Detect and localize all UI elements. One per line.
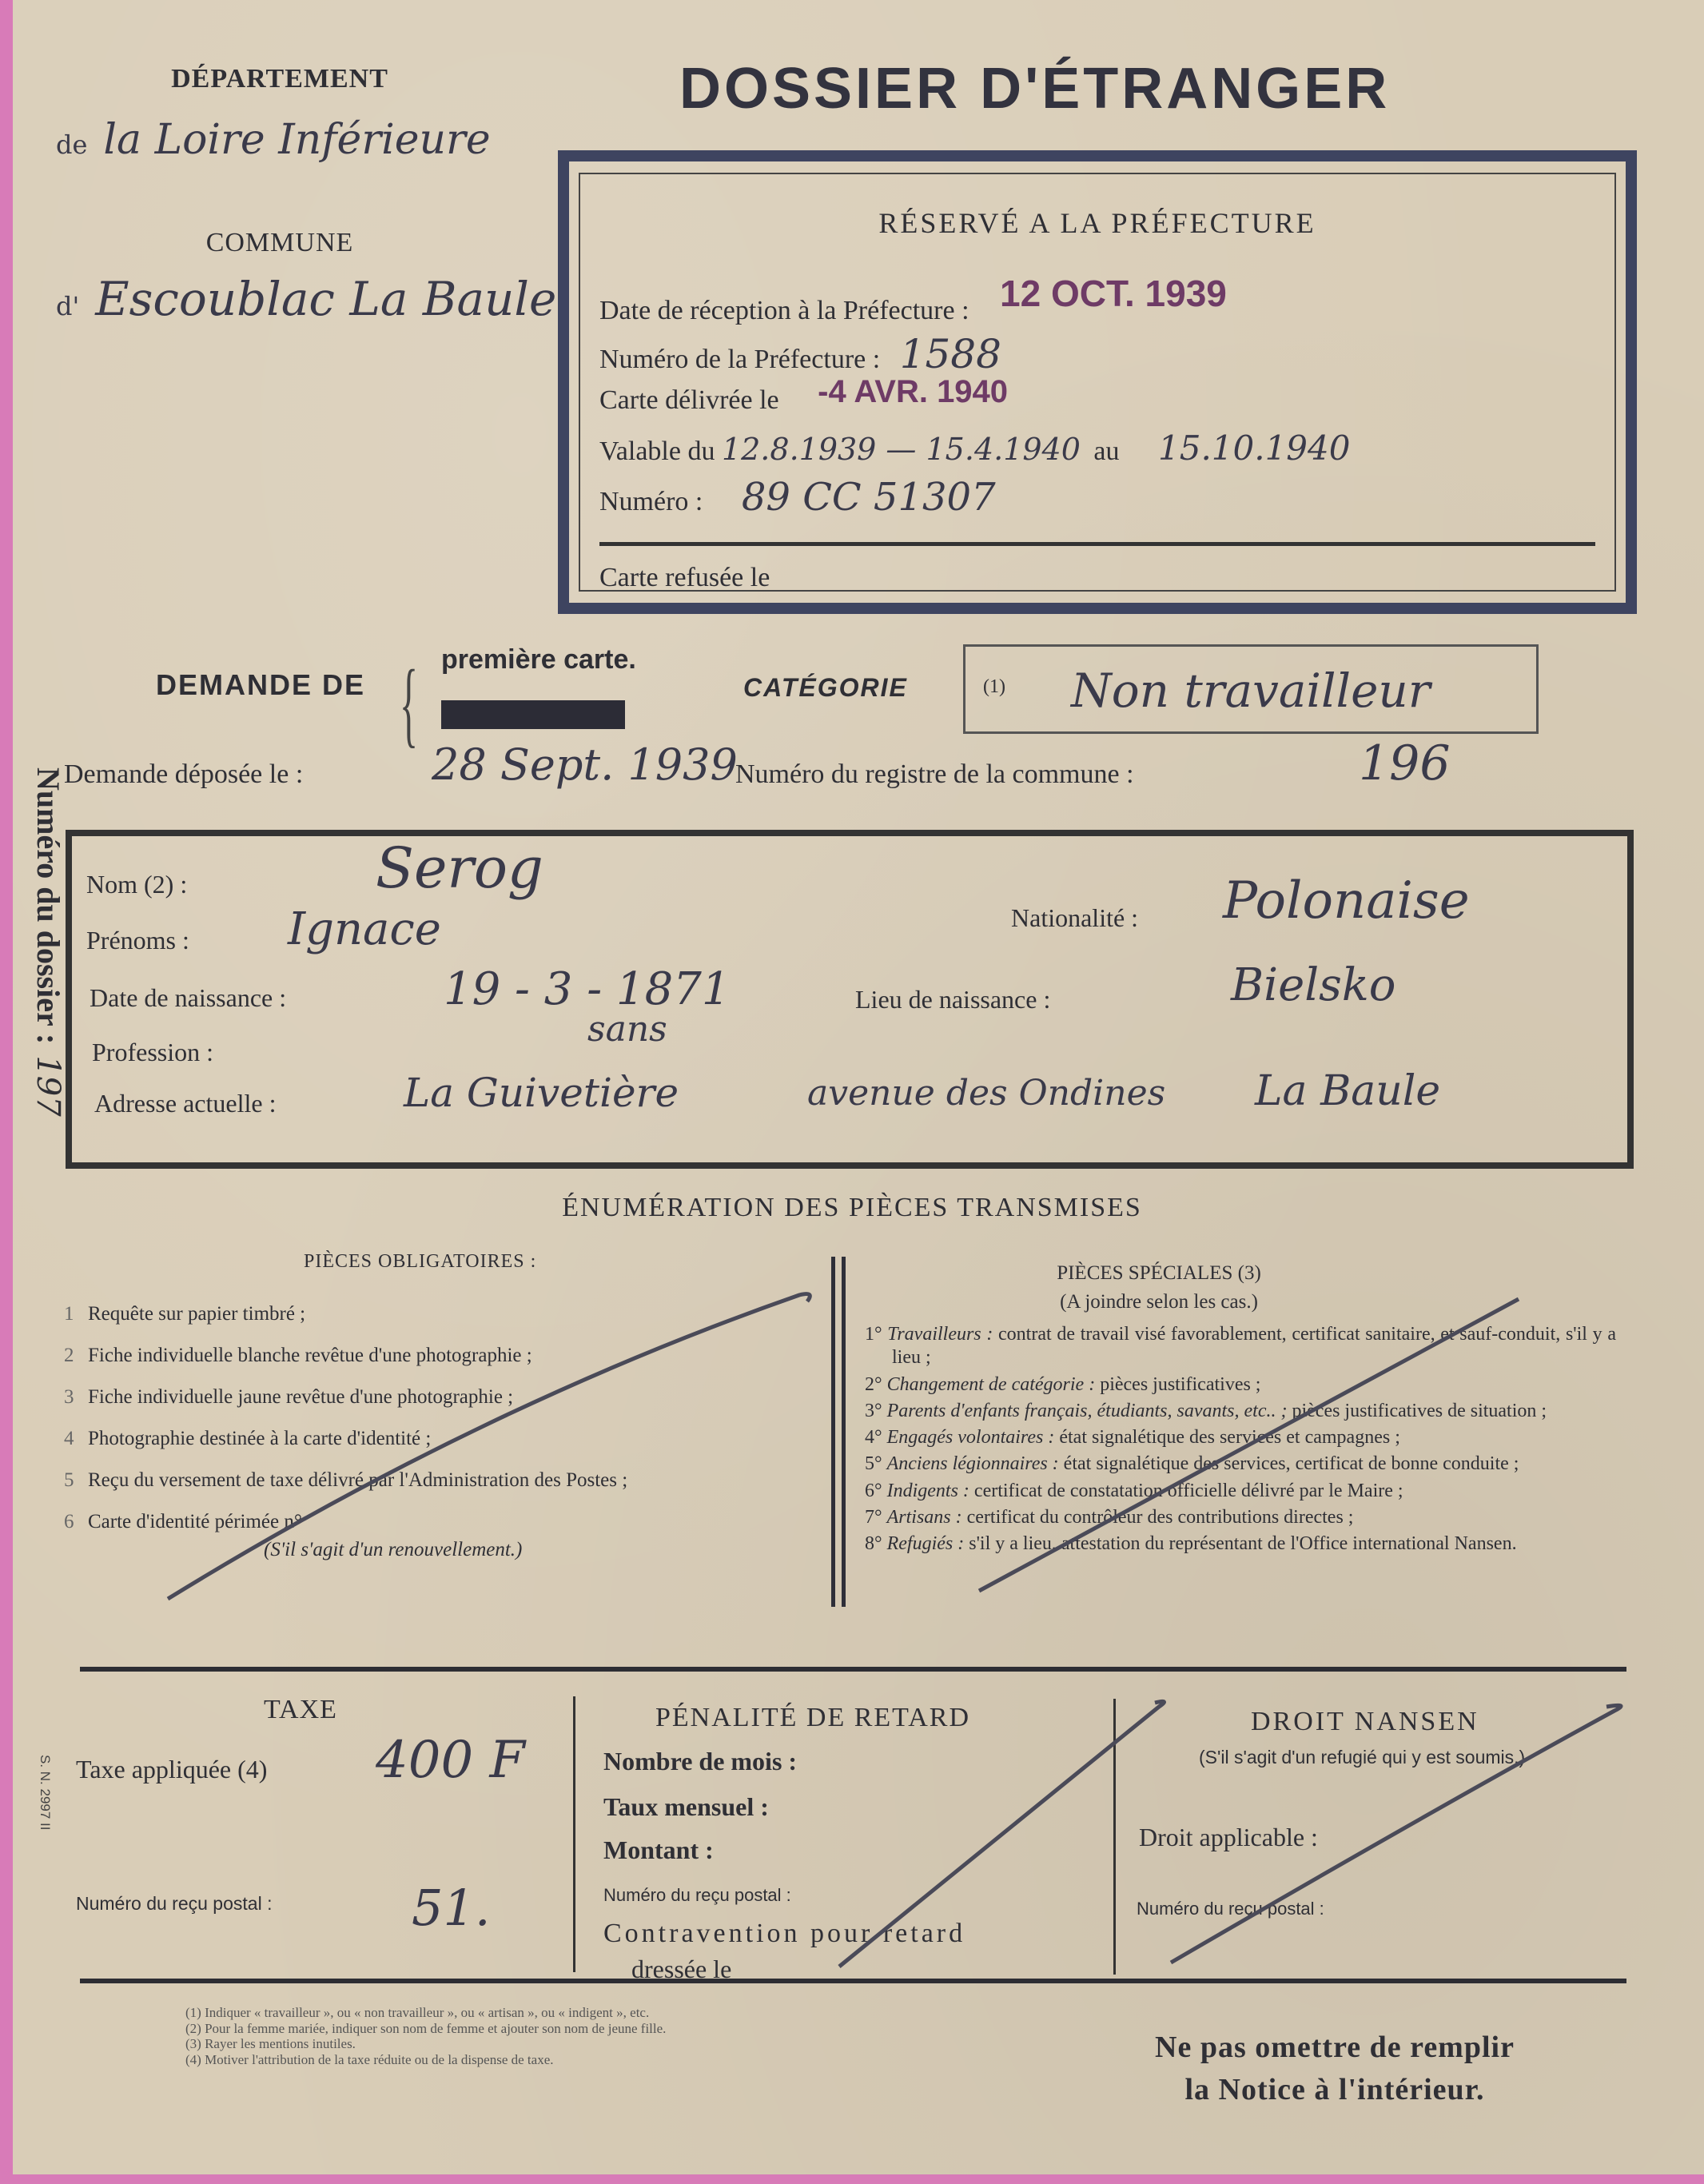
valable-from: 12.8.1939 — 15.4.1940: [722, 432, 1081, 467]
item-text: certificat de constatation officielle dé…: [974, 1481, 1403, 1501]
penalite-contravention-label: Contravention pour retard: [603, 1919, 965, 1949]
item-number: 8°: [865, 1533, 887, 1554]
item-text: certificat du contrôleur des contributio…: [967, 1507, 1354, 1528]
nansen-droit-label: Droit applicable :: [1139, 1823, 1318, 1852]
item-text: pièces justificatives ;: [1100, 1374, 1260, 1395]
speciales-list: 1° Travailleurs : contrat de travail vis…: [865, 1323, 1616, 1559]
divider: [573, 1696, 575, 1972]
item-text: Carte d'identité périmée n°: [88, 1511, 302, 1532]
commune-field: d'Escoublac La Baule: [56, 272, 556, 326]
nom-label: Nom (2) :: [86, 870, 187, 899]
divider: [599, 542, 1595, 546]
notice-line-1: Ne pas omettre de remplir: [1031, 2027, 1638, 2069]
prefecture-number-row: Numéro de la Préfecture : 1588: [599, 331, 1001, 377]
prefecture-title: RÉSERVÉ A LA PRÉFECTURE: [580, 206, 1614, 240]
carte-delivree-row: Carte délivrée le -4 AVR. 1940: [599, 381, 1008, 416]
obligatoire-item: 6Carte d'identité périmée n°: [64, 1511, 302, 1533]
footnote: (1) Indiquer « travailleur », ou « non t…: [185, 2005, 666, 2021]
item-text: état signalétique des services, certific…: [1064, 1453, 1519, 1474]
registre-value: 196: [1359, 735, 1451, 791]
notice-line-2: la Notice à l'intérieur.: [1031, 2069, 1638, 2111]
item-number: 5: [64, 1469, 88, 1492]
footnote: (2) Pour la femme mariée, indiquer son n…: [185, 2021, 666, 2037]
registre-label: Numéro du registre de la commune :: [735, 759, 1134, 790]
adresse-value-2: avenue des Ondines: [807, 1073, 1165, 1114]
item-number: 1: [64, 1303, 88, 1325]
taxe-recu-value: 51.: [412, 1879, 491, 1937]
obligatoire-item: 4Photographie destinée à la carte d'iden…: [64, 1428, 431, 1450]
penalite-title: PÉNALITÉ DE RETARD: [655, 1703, 970, 1733]
naissance-value: 19 - 3 - 1871: [444, 963, 730, 1015]
nansen-subtitle: (S'il s'agit d'un refugié qui y est soum…: [1199, 1747, 1525, 1768]
taxe-title: TAXE: [264, 1695, 337, 1725]
column-divider: [831, 1257, 846, 1607]
footnote: (3) Rayer les mentions inutiles.: [185, 2036, 666, 2052]
carte-delivree-stamp: -4 AVR. 1940: [818, 374, 1008, 409]
reception-date-stamp: 12 OCT. 1939: [1000, 273, 1227, 314]
item-number: 3: [64, 1386, 88, 1409]
prefecture-number-label: Numéro de la Préfecture :: [599, 345, 880, 374]
speciale-item: 4° Engagés volontaires : état signalétiq…: [865, 1426, 1616, 1449]
item-heading: Artisans :: [887, 1507, 967, 1528]
item-text: Fiche individuelle jaune revêtue d'une p…: [88, 1386, 513, 1408]
obligatoires-title: PIÈCES OBLIGATOIRES :: [304, 1251, 536, 1273]
demande-option-premiere: première carte.: [441, 644, 636, 676]
deposee-label: Demande déposée le :: [64, 759, 303, 790]
departement-prefix: de: [56, 130, 87, 160]
obligatoire-item: 1Requête sur papier timbré ;: [64, 1303, 305, 1325]
obligatoire-item: 2Fiche individuelle blanche revêtue d'un…: [64, 1345, 532, 1367]
lieu-value: Bielsko: [1231, 959, 1396, 1011]
valable-to: 15.10.1940: [1158, 428, 1350, 468]
item-text: Photographie destinée à la carte d'ident…: [88, 1428, 431, 1449]
taxe-recu-label: Numéro du reçu postal :: [76, 1893, 272, 1915]
carte-numero-label: Numéro :: [599, 487, 703, 516]
profession-label: Profession :: [92, 1038, 213, 1067]
item-number: 2°: [865, 1374, 887, 1395]
brace: {: [400, 656, 418, 751]
item-number: 1°: [865, 1324, 887, 1345]
carte-numero-value: 89 CC 51307: [742, 475, 996, 520]
item-text: Reçu du versement de taxe délivré par l'…: [88, 1469, 627, 1491]
item-number: 7°: [865, 1507, 887, 1528]
item-heading: Changement de catégorie :: [887, 1374, 1101, 1395]
speciale-item: 7° Artisans : certificat du contrôleur d…: [865, 1506, 1616, 1529]
speciale-item: 5° Anciens légionnaires : état signaléti…: [865, 1453, 1616, 1476]
adresse-label: Adresse actuelle :: [94, 1089, 276, 1118]
lieu-label: Lieu de naissance :: [855, 985, 1050, 1014]
penalite-montant-label: Montant :: [603, 1835, 714, 1865]
departement-value: la Loire Inférieure: [103, 116, 490, 164]
speciales-subtitle: (A joindre selon les cas.): [959, 1288, 1359, 1317]
divider: [80, 1667, 1626, 1672]
footnotes: (1) Indiquer « travailleur », ou « non t…: [185, 2005, 666, 2067]
nationalite-label: Nationalité :: [1011, 903, 1138, 933]
valable-au-label: au: [1093, 436, 1119, 466]
prenoms-value: Ignace: [288, 903, 441, 955]
categorie-label: CATÉGORIE: [743, 673, 908, 703]
item-heading: Engagés volontaires :: [887, 1427, 1060, 1448]
item-heading: Anciens légionnaires :: [887, 1453, 1064, 1474]
commune-value: Escoublac La Baule: [95, 272, 556, 326]
reception-date-row: Date de réception à la Préfecture : 12 O…: [599, 285, 1227, 328]
speciales-title-block: PIÈCES SPÉCIALES (3) (A joindre selon le…: [959, 1259, 1359, 1317]
item-text: Fiche individuelle blanche revêtue d'une…: [88, 1345, 532, 1366]
page-title: DOSSIER D'ÉTRANGER: [679, 56, 1390, 122]
obligatoire-item: 5Reçu du versement de taxe délivré par l…: [64, 1469, 627, 1492]
item-text: contrat de travail visé favorablement, c…: [892, 1324, 1616, 1368]
carte-delivree-label: Carte délivrée le: [599, 385, 779, 415]
item-number: 4°: [865, 1427, 887, 1448]
dossier-number: Numéro du dossier :197: [30, 767, 67, 1117]
prefecture-number-value: 1588: [900, 331, 1001, 377]
item-number: 2: [64, 1345, 88, 1367]
item-heading: Travailleurs :: [887, 1324, 998, 1345]
taxe-appliquee-label: Taxe appliquée (4): [76, 1755, 267, 1784]
speciale-item: 2° Changement de catégorie : pièces just…: [865, 1373, 1616, 1397]
demande-label: DEMANDE DE: [156, 668, 365, 702]
print-code: S. N. 2997 II: [37, 1755, 53, 1831]
commune-label: COMMUNE: [120, 228, 440, 258]
prefecture-box: RÉSERVÉ A LA PRÉFECTURE Date de réceptio…: [558, 150, 1637, 614]
departement-label: DÉPARTEMENT: [120, 64, 440, 94]
valable-label: Valable du: [599, 436, 715, 466]
item-number: 5°: [865, 1453, 887, 1474]
commune-prefix: d': [56, 291, 79, 321]
obligatoires-footnote: (S'il s'agit d'un renouvellement.): [264, 1539, 522, 1561]
nansen-title: DROIT NANSEN: [1251, 1707, 1479, 1737]
speciale-item: 1° Travailleurs : contrat de travail vis…: [865, 1323, 1616, 1370]
item-text: s'il y a lieu, attestation du représenta…: [969, 1533, 1516, 1554]
item-text: Requête sur papier timbré ;: [88, 1303, 305, 1325]
naissance-label: Date de naissance :: [90, 983, 286, 1013]
deposee-value: 28 Sept. 1939: [432, 739, 738, 790]
reception-date-label: Date de réception à la Préfecture :: [599, 296, 969, 325]
item-text: état signalétique des services et campag…: [1059, 1427, 1400, 1448]
adresse-value-3: La Baule: [1255, 1067, 1440, 1115]
prenoms-label: Prénoms :: [86, 926, 189, 955]
item-heading: Refugiés :: [887, 1533, 969, 1554]
adresse-value-1: La Guivetière: [404, 1070, 679, 1116]
valable-row: Valable du 12.8.1939 — 15.4.1940 au 15.1…: [599, 428, 1350, 468]
item-heading: Parents d'enfants français, étudiants, s…: [887, 1401, 1292, 1421]
dossier-number-label: Numéro du dossier :: [30, 767, 66, 1044]
penalite-mois-label: Nombre de mois :: [603, 1747, 797, 1776]
penalite-recu-label: Numéro du reçu postal :: [603, 1885, 791, 1906]
divider: [1113, 1699, 1116, 1975]
speciale-item: 3° Parents d'enfants français, étudiants…: [865, 1400, 1616, 1423]
item-number: 3°: [865, 1401, 887, 1421]
item-number: 6: [64, 1511, 88, 1533]
demande-option-renouvellement-struck: [441, 700, 625, 729]
speciales-title: PIÈCES SPÉCIALES (3): [959, 1259, 1359, 1288]
footnote: (4) Motiver l'attribution de la taxe réd…: [185, 2052, 666, 2068]
carte-numero-row: Numéro : 89 CC 51307: [599, 475, 996, 520]
carte-refusee-label: Carte refusée le: [599, 563, 770, 593]
penalite-taux-label: Taux mensuel :: [603, 1792, 769, 1822]
divider: [80, 1979, 1626, 1983]
penalite-dressee-label: dressée le: [631, 1955, 731, 1984]
item-heading: Indigents :: [887, 1481, 974, 1501]
notice-reminder: Ne pas omettre de remplir la Notice à l'…: [1031, 2027, 1638, 2111]
speciale-item: 8° Refugiés : s'il y a lieu, attestation…: [865, 1532, 1616, 1556]
dossier-number-value: 197: [30, 1055, 66, 1116]
item-number: 6°: [865, 1481, 887, 1501]
speciale-item: 6° Indigents : certificat de constatatio…: [865, 1480, 1616, 1503]
item-number: 4: [64, 1428, 88, 1450]
item-text: pièces justificatives de situation ;: [1292, 1401, 1547, 1421]
taxe-appliquee-value: 400 F: [376, 1731, 525, 1790]
nationalite-value: Polonaise: [1223, 871, 1470, 931]
profession-value: sans: [587, 1009, 667, 1050]
pieces-title: ÉNUMÉRATION DES PIÈCES TRANSMISES: [0, 1193, 1704, 1223]
nom-value: Serog: [376, 835, 543, 901]
categorie-note: (1): [983, 676, 1005, 698]
nansen-recu-label: Numéro du reçu postal :: [1137, 1899, 1324, 1919]
obligatoire-item: 3Fiche individuelle jaune revêtue d'une …: [64, 1386, 513, 1409]
categorie-value: Non travailleur: [1071, 664, 1430, 718]
departement-field: dela Loire Inférieure: [56, 116, 491, 164]
